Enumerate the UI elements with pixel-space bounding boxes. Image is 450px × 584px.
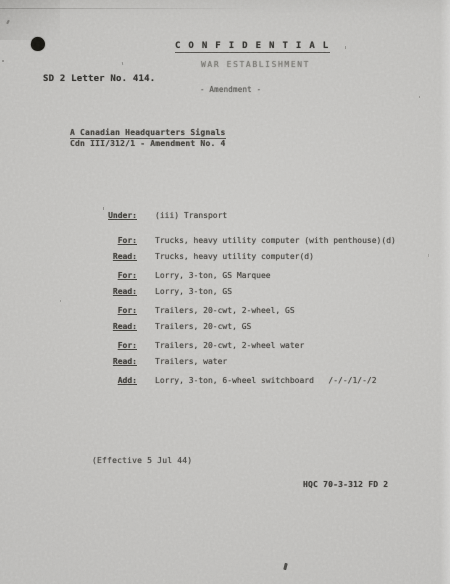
dust-speck (2, 60, 4, 62)
row-label: For: (0, 306, 137, 315)
amendment-row: For: Trailers, 20-cwt, 2-wheel water (0, 341, 450, 357)
effective-date: (Effective 5 Jul 44) (92, 456, 192, 465)
row-label: Read: (0, 322, 137, 331)
classification-stamp: C O N F I D E N T I A L (175, 42, 330, 53)
amendment-subtitle: - Amendment - (200, 85, 261, 94)
unit-title: A Canadian Headquarters Signals (70, 128, 226, 139)
row-label: For: (0, 236, 137, 245)
row-value: (iii) Transport (155, 211, 227, 220)
dust-speck (122, 62, 124, 65)
row-label: For: (0, 341, 137, 350)
amendment-row: Read: Trailers, 20-cwt, GS (0, 322, 450, 338)
row-value: Trailers, 20-cwt, 2-wheel, GS (155, 306, 295, 315)
row-label: Under: (0, 211, 137, 220)
ink-mark (283, 563, 288, 571)
amendment-row: For: Trailers, 20-cwt, 2-wheel, GS (0, 306, 450, 322)
row-value: Lorry, 3-ton, GS Marquee (155, 271, 271, 280)
dust-speck (103, 207, 104, 210)
amendment-row: Read: Trucks, heavy utility computer(d) (0, 252, 450, 268)
amendment-row: Add: Lorry, 3-ton, 6-wheel switchboard /… (0, 376, 450, 392)
dust-speck (419, 96, 420, 98)
corner-shade (0, 0, 60, 40)
row-value: Trucks, heavy utility computer(d) (155, 252, 314, 261)
reference-line: Cdn III/312/1 - Amendment No. 4 (70, 139, 226, 148)
dust-speck (345, 46, 346, 49)
amendment-row: Under: (iii) Transport (0, 211, 450, 227)
row-value: Trailers, 20-cwt, GS (155, 322, 251, 331)
amendment-row: Read: Trailers, water (0, 357, 450, 373)
row-value: Trucks, heavy utility computer (with pen… (155, 236, 396, 245)
row-label: For: (0, 271, 137, 280)
row-value: Lorry, 3-ton, 6-wheel switchboard /-/-/1… (155, 376, 377, 385)
row-label: Read: (0, 287, 137, 296)
amendment-row: Read: Lorry, 3-ton, GS (0, 287, 450, 303)
row-value: Trailers, water (155, 357, 227, 366)
amendment-list: Under: (iii) Transport For: Trucks, heav… (0, 211, 450, 392)
row-label: Add: (0, 376, 137, 385)
scan-edge-line (0, 8, 260, 9)
row-label: Read: (0, 357, 137, 366)
row-value: Trailers, 20-cwt, 2-wheel water (155, 341, 304, 350)
row-label: Read: (0, 252, 137, 261)
letter-number: SD 2 Letter No. 414. (43, 75, 155, 84)
amendment-row: For: Trucks, heavy utility computer (wit… (0, 236, 450, 252)
row-value: Lorry, 3-ton, GS (155, 287, 232, 296)
document-scan: C O N F I D E N T I A L WAR ESTABLISHMEN… (0, 0, 450, 584)
amendment-row: For: Lorry, 3-ton, GS Marquee (0, 271, 450, 287)
file-reference: HQC 70-3-312 FD 2 (303, 480, 388, 489)
establishment-title: WAR ESTABLISHMENT (201, 60, 310, 69)
